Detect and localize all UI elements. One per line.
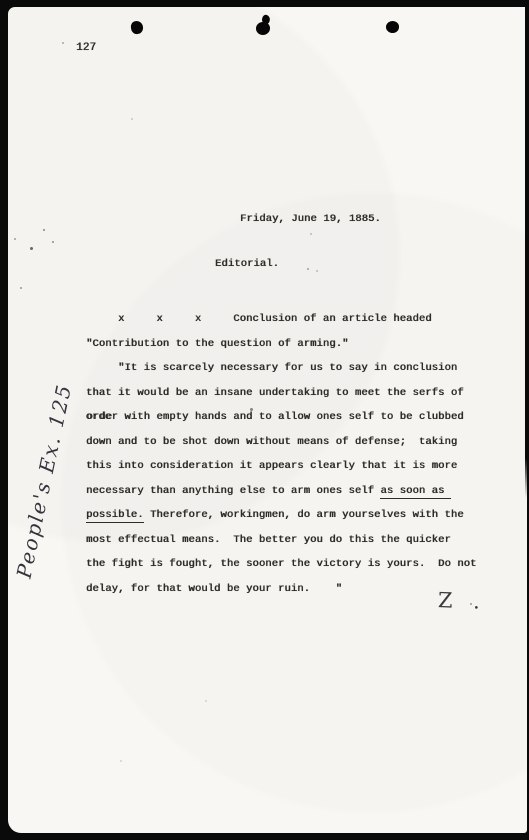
typed-line: "Contribution to the question of arming.… — [86, 332, 476, 357]
typed-line: down and to be shot down without means o… — [86, 430, 476, 455]
typed-segment: the fight is fought, the sooner the vict… — [86, 558, 476, 570]
typed-segment: that it would be an insane undertaking t… — [86, 387, 464, 399]
typed-segment: down and to be shot down without means o… — [86, 436, 457, 448]
punch-hole-dot — [256, 22, 270, 35]
scanned-document: 127 Friday, June 19, 1885. Editorial. x … — [0, 0, 529, 840]
scan-speckle — [310, 233, 312, 235]
typed-line: this into consideration it appears clear… — [86, 454, 476, 479]
typed-line: possible. Therefore, workingmen, do arm … — [86, 503, 476, 528]
scan-speckle — [120, 760, 122, 762]
typed-segment: orde — [86, 411, 112, 423]
typed-segment: Therefore, workingmen, do arm yourselves… — [144, 509, 464, 521]
scan-speckle — [14, 238, 16, 240]
section-heading: Editorial. — [215, 258, 279, 270]
typed-segment: delay, for that would be your ruin. " — [86, 583, 342, 595]
scan-speckle — [30, 247, 33, 250]
typed-segment: possible. — [86, 509, 144, 523]
typed-line: most effectual means. The better you do … — [86, 528, 476, 553]
typed-segment: most effectual means. The better you do … — [86, 534, 451, 546]
typed-segment: as soon as — [380, 485, 450, 499]
signature-z-mark: Z . — [438, 588, 488, 614]
typed-line: delay, for that would be your ruin. " — [86, 577, 476, 602]
scan-speckle — [52, 241, 54, 243]
typed-line: the fight is fought, the sooner the vict… — [86, 552, 476, 577]
typed-segment: "It is scarcely necessary for us to say … — [86, 362, 457, 374]
typed-line: x x x Conclusion of an article headed — [86, 307, 476, 332]
scan-speckle — [131, 118, 133, 120]
scan-speckle — [316, 270, 318, 272]
scan-speckle — [62, 42, 64, 44]
typed-text-block: x x x Conclusion of an article headed"Co… — [86, 307, 476, 602]
page-number: 127 — [76, 42, 96, 54]
date-line: Friday, June 19, 1885. — [240, 213, 381, 225]
scan-speckle — [20, 287, 22, 289]
typed-segment: x x x Conclusion of an article headed — [86, 313, 432, 325]
typed-segment: necessary than anything else to arm ones… — [86, 485, 380, 497]
scan-frame-right-edge — [525, 0, 529, 498]
scan-speckle — [205, 700, 207, 702]
typed-line: "It is scarcely necessary for us to say … — [86, 356, 476, 381]
typed-segment: r with empty hands and to allow ones sel… — [112, 411, 464, 423]
typed-segment: this into consideration it appears clear… — [86, 460, 457, 472]
scan-speckle — [307, 268, 309, 270]
typed-line: that it would be an insane undertaking t… — [86, 381, 476, 406]
typed-line: order with empty hands and to allow ones… — [86, 405, 476, 430]
typed-segment: "Contribution to the question of arming.… — [86, 338, 348, 350]
scan-speckle — [43, 229, 45, 231]
typed-line: necessary than anything else to arm ones… — [86, 479, 476, 504]
